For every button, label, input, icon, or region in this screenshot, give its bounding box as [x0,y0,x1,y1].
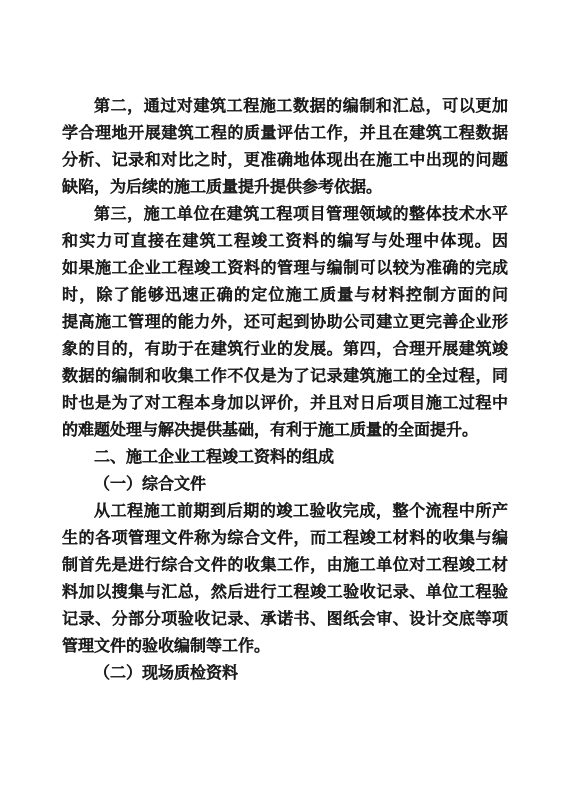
paragraph-line: 如果施工企业工程竣工资料的管理与编制可以较为准确的完成 [62,255,508,282]
paragraph-line: 象的目的，有助于在建筑行业的发展。第四，合理开展建筑竣工 [62,336,508,363]
document-blocks: 第二，通过对建筑工程施工数据的编制和汇总，可以更加科学合理地开展建筑工程的质量评… [62,93,508,687]
heading-line: （一）综合文件 [62,471,508,498]
paragraph-line: 时，除了能够迅速正确的定位施工质量与材料控制方面的问题， [62,282,508,309]
paragraph-line: 料加以搜集与汇总，然后进行工程竣工验收记录、单位工程验收 [62,579,508,606]
paragraph-line: 记录、分部分项验收记录、承诺书、图纸会审、设计交底等项目 [62,606,508,633]
paragraph-line: 第三，施工单位在建筑工程项目管理领域的整体技术水平 [62,201,508,228]
heading-line: （二）现场质检资料 [62,660,508,687]
document-page: 第二，通过对建筑工程施工数据的编制和汇总，可以更加科学合理地开展建筑工程的质量评… [0,0,570,807]
paragraph-line: 和实力可直接在建筑工程竣工资料的编写与处理中体现。因此， [62,228,508,255]
paragraph-line: 第二，通过对建筑工程施工数据的编制和汇总，可以更加科 [62,93,508,120]
paragraph-line: 分析、记录和对比之时，更准确地体现出在施工中出现的问题和 [62,147,508,174]
paragraph-line: 从工程施工前期到后期的竣工验收完成，整个流程中所产 [62,498,508,525]
paragraph-line: 的难题处理与解决提供基础，有利于施工质量的全面提升。 [62,417,508,444]
paragraph-line: 制首先是进行综合文件的收集工作，由施工单位对工程竣工材 [62,552,508,579]
paragraph-line: 数据的编制和收集工作不仅是为了记录建筑施工的全过程，同 [62,363,508,390]
paragraph-line: 提高施工管理的能力外，还可起到协助公司建立更完善企业形 [62,309,508,336]
paragraph-line: 时也是为了对工程本身加以评价，并且对日后项目施工过程中 [62,390,508,417]
heading-line: 二、施工企业工程竣工资料的组成 [62,444,508,471]
paragraph-line: 管理文件的验收编制等工作。 [62,633,508,660]
paragraph-line: 生的各项管理文件称为综合文件，而工程竣工材料的收集与编 [62,525,508,552]
paragraph-line: 缺陷，为后续的施工质量提升提供参考依据。 [62,174,508,201]
paragraph-line: 学合理地开展建筑工程的质量评估工作，并且在建筑工程数据 [62,120,508,147]
